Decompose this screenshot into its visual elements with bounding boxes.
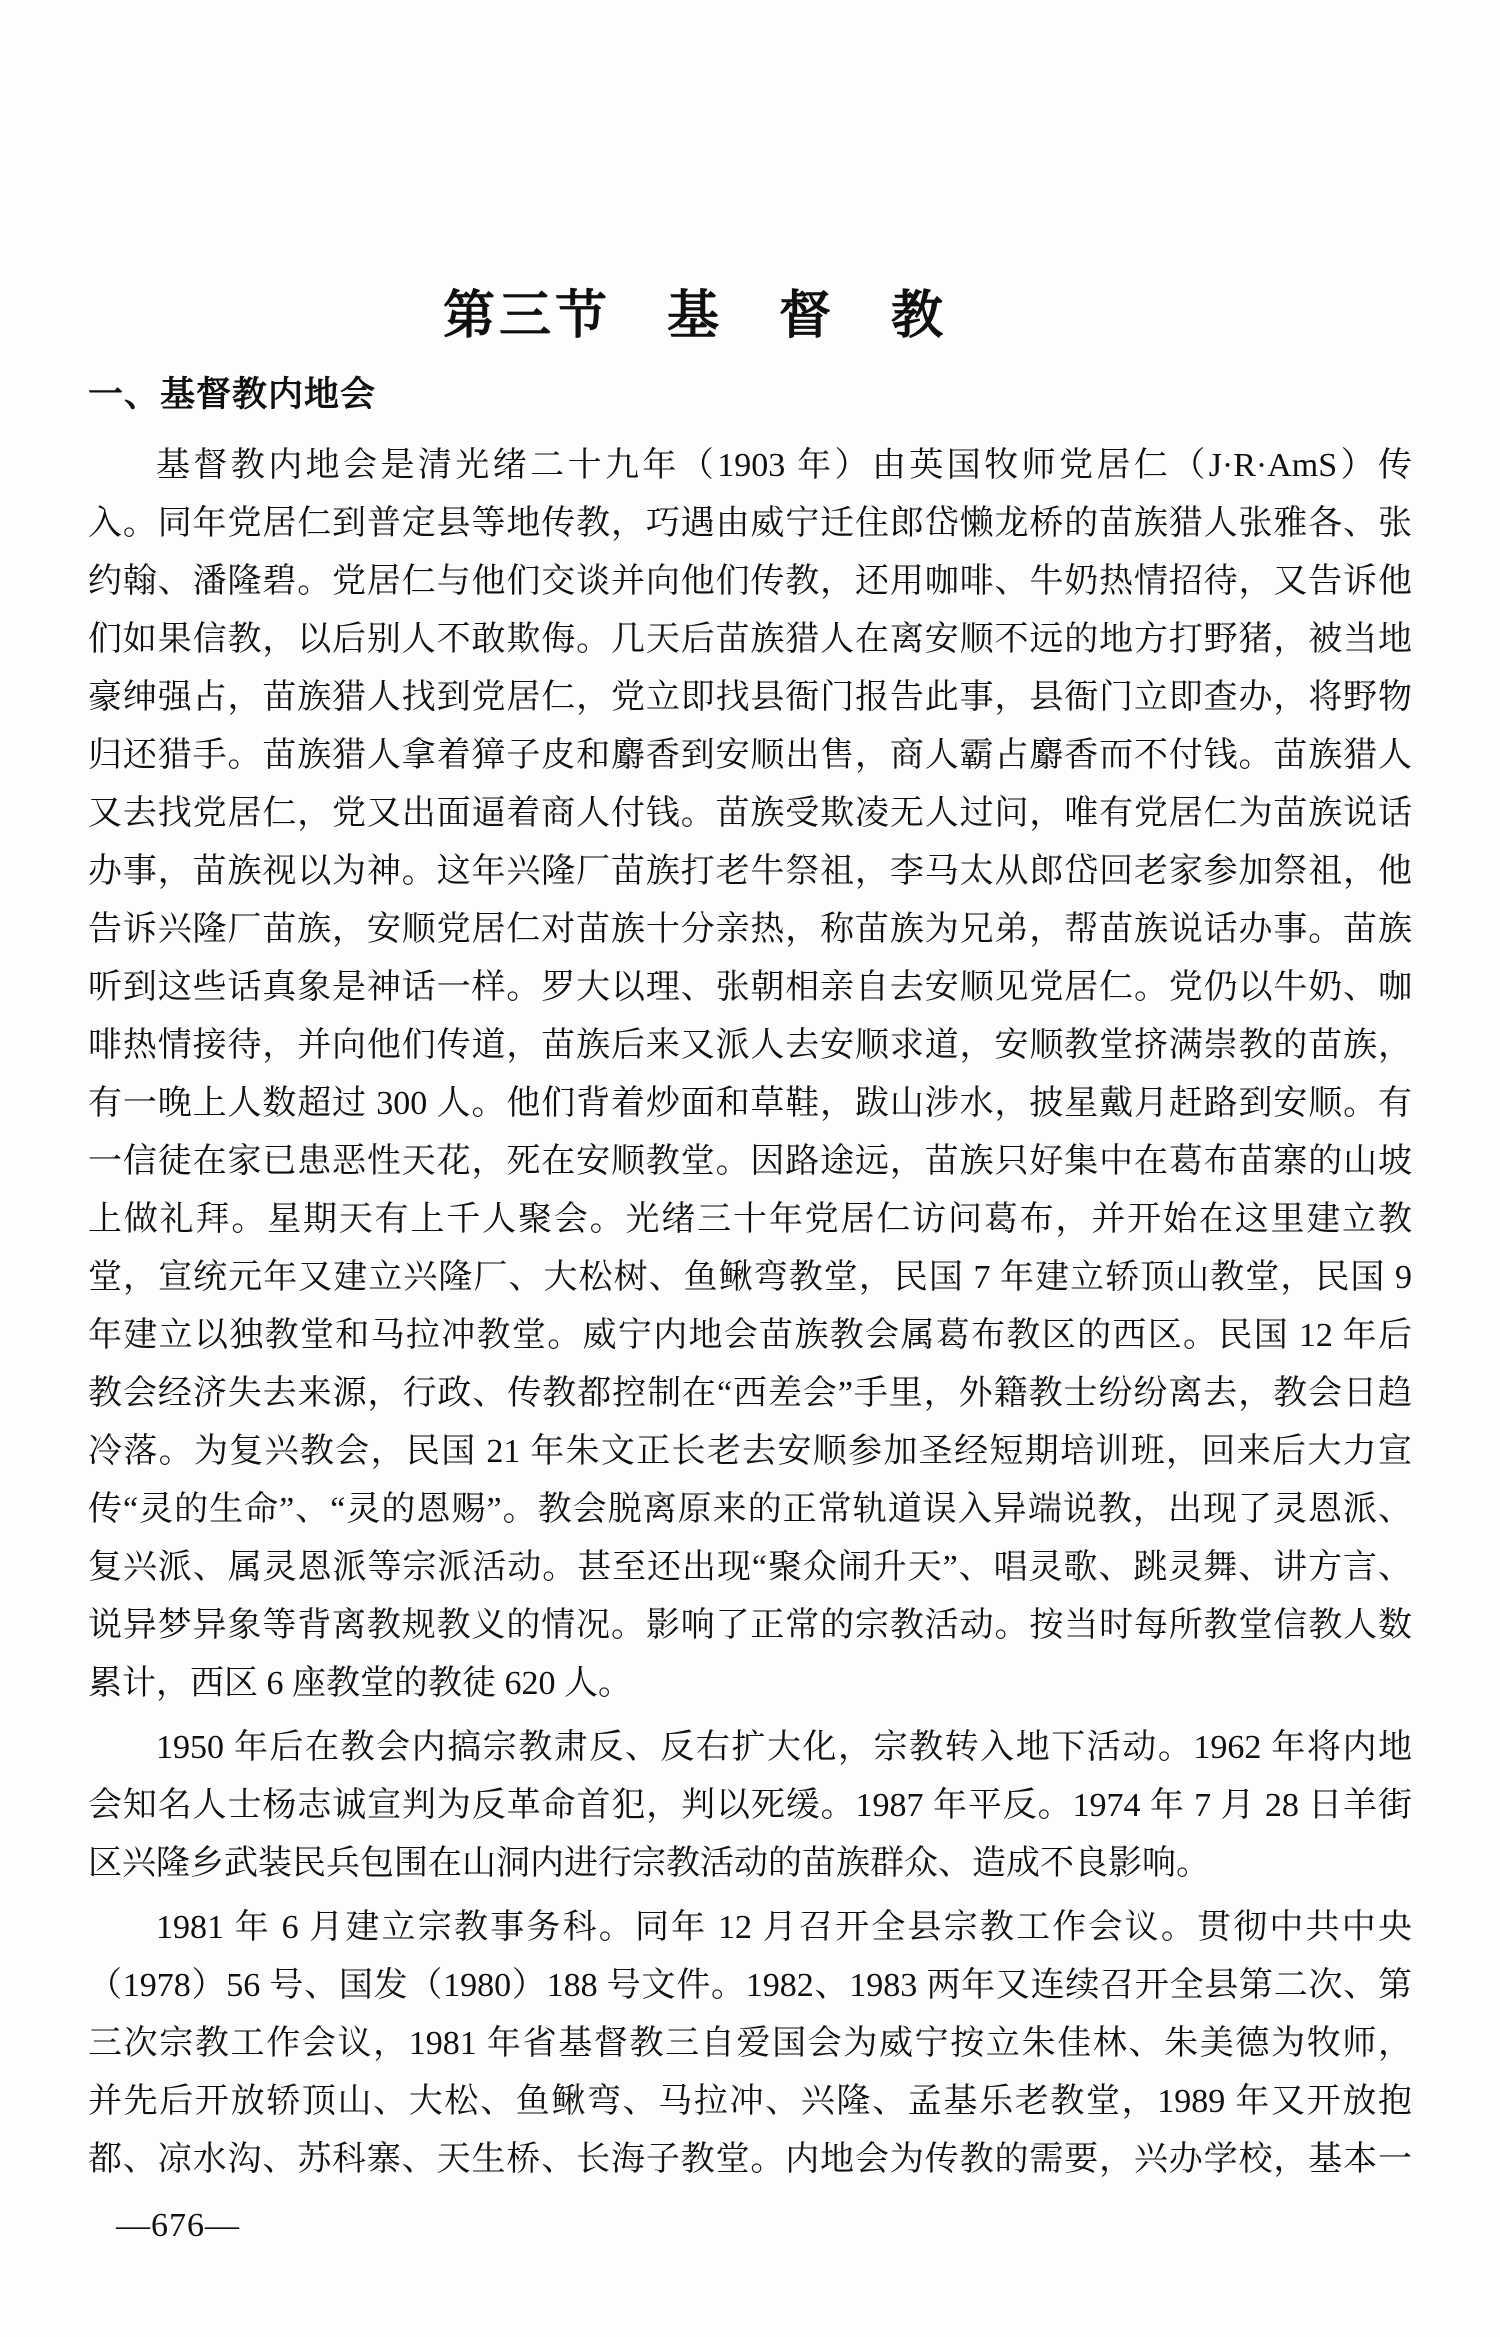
page-title: 第三节 基 督 教: [0, 282, 1445, 352]
text-line: 教会经济失去来源，行政、传教都控制在“西差会”手里，外籍教士纷纷离去，教会日趋: [88, 1365, 1412, 1423]
text-line: 约翰、潘隆碧。党居仁与他们交谈并向他们传教，还用咖啡、牛奶热情招待，又告诉他: [88, 553, 1412, 611]
paragraph: 1981 年 6 月建立宗教事务科。同年 12 月召开全县宗教工作会议。贯彻中共…: [88, 1899, 1412, 2189]
text-line: 堂，宣统元年又建立兴隆厂、大松树、鱼鳅弯教堂，民国 7 年建立轿顶山教堂，民国 …: [88, 1249, 1412, 1307]
text-line: 听到这些话真象是神话一样。罗大以理、张朝相亲自去安顺见党居仁。党仍以牛奶、咖: [88, 959, 1412, 1017]
paragraph: 1950 年后在教会内搞宗教肃反、反右扩大化，宗教转入地下活动。1962 年将内…: [88, 1719, 1412, 1893]
text-line: 啡热情接待，并向他们传道，苗族后来又派人去安顺求道，安顺教堂挤满崇教的苗族，: [88, 1017, 1412, 1075]
text-line: 三次宗教工作会议，1981 年省基督教三自爱国会为威宁按立朱佳林、朱美德为牧师，: [88, 2015, 1412, 2073]
text-line: 传“灵的生命”、“灵的恩赐”。教会脱离原来的正常轨道误入异端说教，出现了灵恩派、: [88, 1481, 1412, 1539]
text-line: 一信徒在家已患恶性天花，死在安顺教堂。因路途远，苗族只好集中在葛布苗寨的山坡: [88, 1133, 1412, 1191]
page-number: —676—: [88, 2197, 1412, 2255]
paragraph: 基督教内地会是清光绪二十九年（1903 年）由英国牧师党居仁（J·R·AmS）传…: [88, 437, 1412, 1713]
text-line: 冷落。为复兴教会，民国 21 年朱文正长老去安顺参加圣经短期培训班，回来后大力宣: [88, 1423, 1412, 1481]
text-line: 并先后开放轿顶山、大松、鱼鳅弯、马拉冲、兴隆、孟基乐老教堂，1989 年又开放抱: [88, 2073, 1412, 2131]
text-line: 1950 年后在教会内搞宗教肃反、反右扩大化，宗教转入地下活动。1962 年将内…: [88, 1719, 1412, 1777]
text-line: 基督教内地会是清光绪二十九年（1903 年）由英国牧师党居仁（J·R·AmS）传: [88, 437, 1412, 495]
text-line: 有一晚上人数超过 300 人。他们背着炒面和草鞋，跋山涉水，披星戴月赶路到安顺。…: [88, 1075, 1412, 1133]
text-line: 上做礼拜。星期天有上千人聚会。光绪三十年党居仁访问葛布，并开始在这里建立教: [88, 1191, 1412, 1249]
text-line: 年建立以独教堂和马拉冲教堂。威宁内地会苗族教会属葛布教区的西区。民国 12 年后: [88, 1307, 1412, 1365]
text-line: 区兴隆乡武装民兵包围在山洞内进行宗教活动的苗族群众、造成不良影响。: [88, 1835, 1412, 1893]
text-line: 会知名人士杨志诚宣判为反革命首犯，判以死缓。1987 年平反。1974 年 7 …: [88, 1777, 1412, 1835]
text-line: 1981 年 6 月建立宗教事务科。同年 12 月召开全县宗教工作会议。贯彻中共…: [88, 1899, 1412, 1957]
text-line: 入。同年党居仁到普定县等地传教，巧遇由威宁迁住郎岱懒龙桥的苗族猎人张雅各、张: [88, 495, 1412, 553]
text-line: 豪绅强占，苗族猎人找到党居仁，党立即找县衙门报告此事，县衙门立即查办，将野物: [88, 669, 1412, 727]
text-line: 告诉兴隆厂苗族，安顺党居仁对苗族十分亲热，称苗族为兄弟，帮苗族说话办事。苗族: [88, 901, 1412, 959]
body-text: 基督教内地会是清光绪二十九年（1903 年）由英国牧师党居仁（J·R·AmS）传…: [88, 437, 1412, 2189]
book-page: 第三节 基 督 教 一、基督教内地会 基督教内地会是清光绪二十九年（1903 年…: [0, 0, 1500, 2337]
text-line: 累计，西区 6 座教堂的教徒 620 人。: [88, 1655, 1412, 1713]
text-line: 复兴派、属灵恩派等宗派活动。甚至还出现“聚众闹升天”、唱灵歌、跳灵舞、讲方言、: [88, 1539, 1412, 1597]
section-heading: 一、基督教内地会: [88, 376, 1412, 414]
text-line: 说异梦异象等背离教规教义的情况。影响了正常的宗教活动。按当时每所教堂信教人数: [88, 1597, 1412, 1655]
text-line: 办事，苗族视以为神。这年兴隆厂苗族打老牛祭祖，李马太从郎岱回老家参加祭祖，他: [88, 843, 1412, 901]
text-line: 们如果信教，以后别人不敢欺侮。几天后苗族猎人在离安顺不远的地方打野猪，被当地: [88, 611, 1412, 669]
text-line: 归还猎手。苗族猎人拿着獐子皮和麝香到安顺出售，商人霸占麝香而不付钱。苗族猎人: [88, 727, 1412, 785]
text-line: 都、凉水沟、苏科寨、天生桥、长海子教堂。内地会为传教的需要，兴办学校，基本一: [88, 2131, 1412, 2189]
text-line: 又去找党居仁，党又出面逼着商人付钱。苗族受欺凌无人过问，唯有党居仁为苗族说话: [88, 785, 1412, 843]
text-line: （1978）56 号、国发（1980）188 号文件。1982、1983 两年又…: [88, 1957, 1412, 2015]
